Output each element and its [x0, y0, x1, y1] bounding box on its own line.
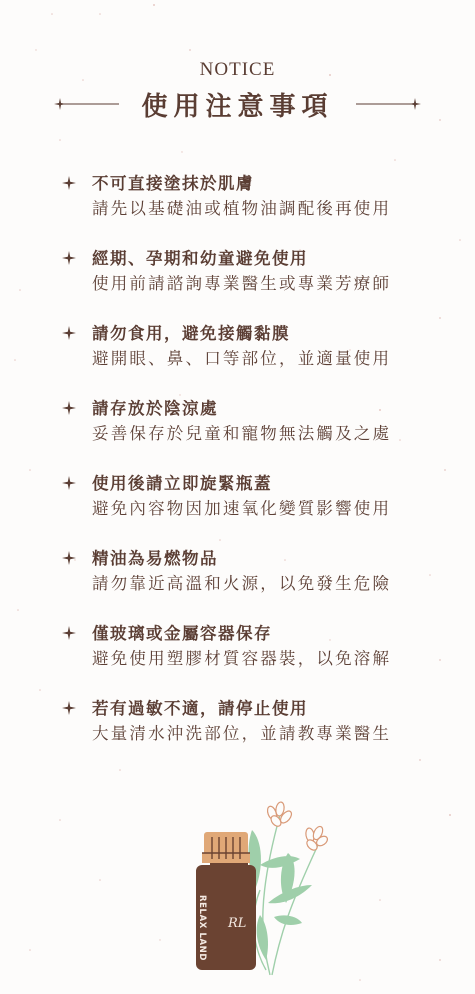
- notice-heading: 精油為易燃物品: [92, 547, 218, 571]
- sparkle-icon: [62, 701, 76, 715]
- notice-item: 不可直接塗抹於肌膚 請先以基礎油或植物油調配後再使用: [62, 172, 422, 247]
- notice-item: 僅玻璃或金屬容器保存 避免使用塑膠材質容器裝，以免溶解: [62, 622, 422, 697]
- sparkle-icon: [62, 551, 76, 565]
- notice-detail: 使用前請諮詢專業醫生或專業芳療師: [92, 272, 391, 296]
- notice-heading: 請勿食用，避免接觸黏膜: [92, 322, 290, 346]
- notice-item: 經期、孕期和幼童避免使用 使用前請諮詢專業醫生或專業芳療師: [62, 247, 422, 322]
- sparkle-icon: [62, 176, 76, 190]
- sparkle-icon: [62, 251, 76, 265]
- notice-heading: 僅玻璃或金屬容器保存: [92, 622, 272, 646]
- brand-label: RELAX LAND: [197, 895, 207, 961]
- notice-item: 若有過敏不適，請停止使用 大量清水沖洗部位，並請教專業醫生: [62, 697, 422, 772]
- flower-icon: [266, 801, 329, 852]
- notice-detail: 請先以基礎油或植物油調配後再使用: [92, 197, 391, 221]
- notice-detail: 大量清水沖洗部位，並請教專業醫生: [92, 722, 391, 746]
- notice-heading: 經期、孕期和幼童避免使用: [92, 247, 308, 271]
- right-divider-icon: [356, 97, 422, 111]
- sparkle-icon: [62, 401, 76, 415]
- notice-item: 請存放於陰涼處 妥善保存於兒童和寵物無法觸及之處: [62, 397, 422, 472]
- notice-detail: 避免使用塑膠材質容器裝，以免溶解: [92, 647, 391, 671]
- notice-header: NOTICE 使用注意事項: [0, 58, 475, 124]
- left-divider-icon: [53, 97, 119, 111]
- title-row: 使用注意事項: [0, 84, 475, 124]
- sparkle-icon: [62, 326, 76, 340]
- notice-detail: 避免內容物因加速氧化變質影響使用: [92, 497, 391, 521]
- notice-heading: 請存放於陰涼處: [92, 397, 218, 421]
- notice-item: 精油為易燃物品 請勿靠近高溫和火源，以免發生危險: [62, 547, 422, 622]
- notice-detail: 避開眼、鼻、口等部位，並適量使用: [92, 347, 391, 371]
- notice-heading: 若有過敏不適，請停止使用: [92, 697, 308, 721]
- notice-heading: 使用後請立即旋緊瓶蓋: [92, 472, 272, 496]
- essential-oil-bottle-illustration: RELAX LAND RL: [190, 795, 340, 985]
- notice-detail: 妥善保存於兒童和寵物無法觸及之處: [92, 422, 391, 446]
- notice-list: 不可直接塗抹於肌膚 請先以基礎油或植物油調配後再使用 經期、孕期和幼童避免使用 …: [62, 172, 422, 772]
- notice-item: 請勿食用，避免接觸黏膜 避開眼、鼻、口等部位，並適量使用: [62, 322, 422, 397]
- notice-item: 使用後請立即旋緊瓶蓋 避免內容物因加速氧化變質影響使用: [62, 472, 422, 547]
- notice-heading: 不可直接塗抹於肌膚: [92, 172, 254, 196]
- notice-detail: 請勿靠近高溫和火源，以免發生危險: [92, 572, 391, 596]
- page-title: 使用注意事項: [141, 86, 333, 123]
- sparkle-icon: [62, 476, 76, 490]
- sparkle-icon: [62, 626, 76, 640]
- eyebrow-label: NOTICE: [0, 58, 475, 82]
- brand-logo-icon: RL: [227, 916, 246, 931]
